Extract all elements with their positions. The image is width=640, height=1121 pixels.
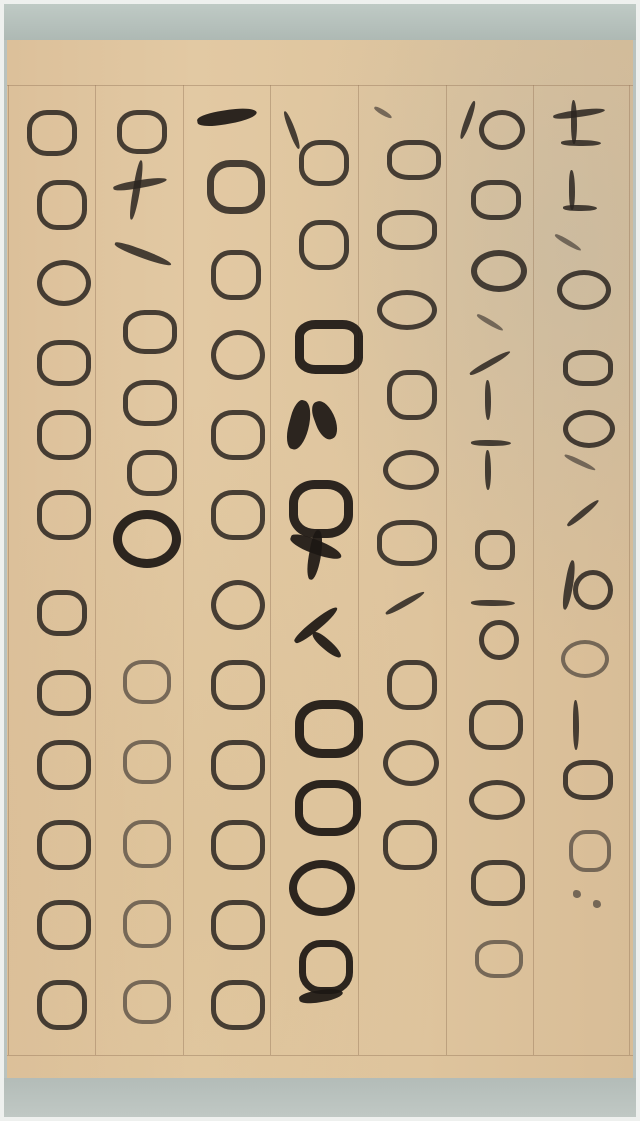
calligraphy-column-7 [17, 100, 97, 1100]
calligraphy-column-2 [455, 100, 535, 1100]
calligraphy-column-5 [191, 100, 271, 1100]
calligraphy-column-4 [279, 100, 359, 1100]
column-rule [629, 85, 630, 1055]
column-rule [8, 85, 9, 1055]
mount-top-border [4, 4, 636, 40]
calligraphy-column-3 [367, 100, 447, 1100]
column-rule [183, 85, 184, 1055]
calligraphy-paper [7, 40, 633, 1078]
calligraphy-column-6 [103, 100, 183, 1100]
rule-line-top [7, 85, 633, 86]
calligraphy-column-1 [543, 100, 623, 1100]
